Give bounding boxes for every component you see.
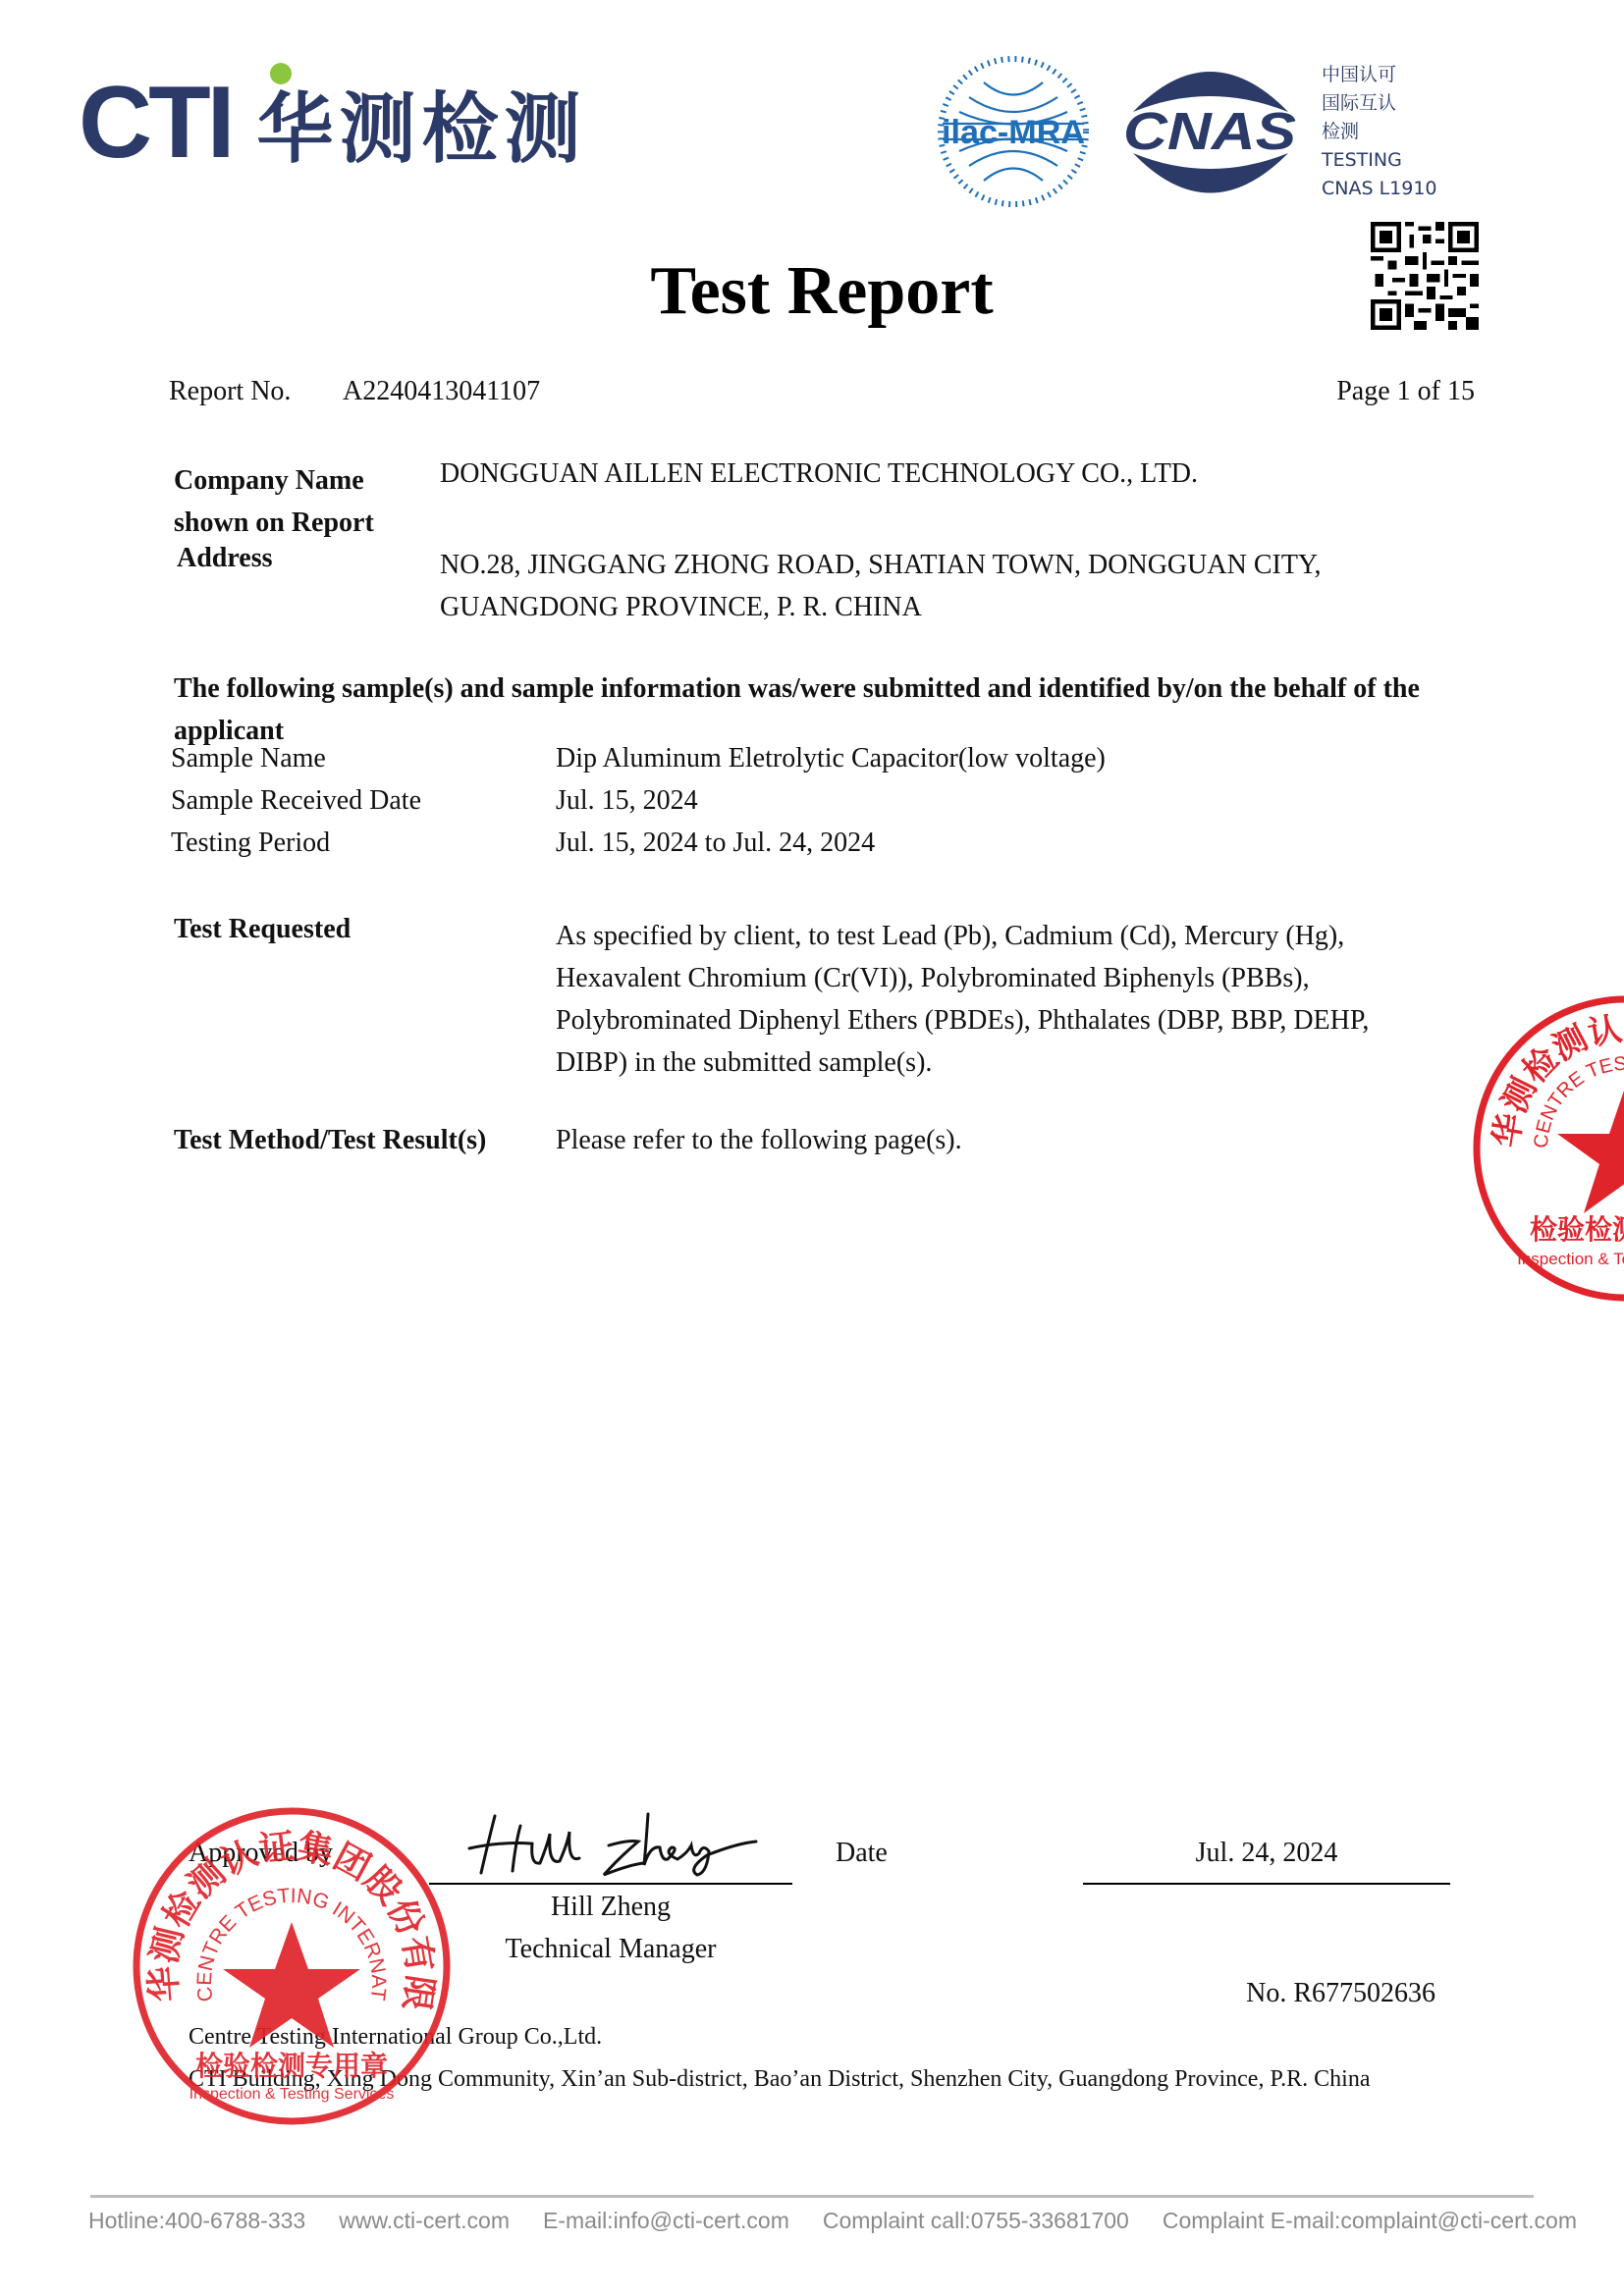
- sample-name-label: Sample Name: [171, 744, 326, 774]
- footer-contacts: Hotline:400-6788-333 www.cti-cert.com E-…: [88, 2208, 1577, 2234]
- address-label: Address: [177, 544, 273, 573]
- company-seal-icon: 华测检测认证集团股份有限公司 CENTRE TESTING INTERNATIO…: [130, 1804, 454, 2128]
- signer-title: Technical Manager: [429, 1935, 792, 1964]
- sample-intro-heading: The following sample(s) and sample infor…: [174, 667, 1450, 752]
- cti-logo: CTI 华测检测: [79, 69, 587, 177]
- test-method-value: Please refer to the following page(s).: [556, 1126, 962, 1155]
- address-line2: GUANGDONG PROVINCE, P. R. CHINA: [440, 586, 1322, 628]
- test-requested-value: As specified by client, to test Lead (Pb…: [556, 915, 1439, 1084]
- test-method-label: Test Method/Test Result(s): [174, 1126, 486, 1155]
- svg-text:ilac-MRA: ilac-MRA: [942, 114, 1085, 151]
- sample-name-value: Dip Aluminum Eletrolytic Capacitor(low v…: [556, 744, 1106, 774]
- official-seal-icon: 华测检测认证集团股份有限公司 CENTRE TESTING INTERNATIO…: [1469, 991, 1624, 1306]
- report-no-value: A2240413041107: [343, 377, 540, 406]
- footer-divider: [90, 2195, 1534, 2198]
- accreditation-line: 国际互认: [1322, 89, 1437, 118]
- test-requested-label: Test Requested: [174, 915, 351, 944]
- accreditation-line: 中国认可: [1322, 61, 1437, 89]
- address-line1: NO.28, JINGGANG ZHONG ROAD, SHATIAN TOWN…: [440, 544, 1322, 586]
- date-label: Date: [836, 1839, 888, 1868]
- footer-complaint-email-link[interactable]: Complaint E-mail:complaint@cti-cert.com: [1163, 2208, 1577, 2234]
- accreditation-line: 检测: [1322, 118, 1437, 146]
- accreditation-line: TESTING: [1322, 146, 1437, 175]
- signature-line: [429, 1883, 792, 1885]
- footer-complaint-call: Complaint call:0755-33681700: [823, 2208, 1129, 2234]
- cti-logo-dot: [270, 63, 292, 84]
- svg-text:Inspection & Testing Services: Inspection & Testing Services: [189, 2086, 395, 2103]
- svg-text:检验检测专用章: 检验检测专用章: [1530, 1213, 1624, 1246]
- report-no-label: Report No.: [169, 377, 291, 406]
- sample-received-date-value: Jul. 15, 2024: [556, 786, 698, 816]
- date-value: Jul. 24, 2024: [1083, 1839, 1450, 1868]
- page-indicator: Page 1 of 15: [1336, 377, 1475, 406]
- cti-logo-chinese: 华测检测: [257, 68, 587, 178]
- cti-logo-letters: CTI: [79, 72, 232, 174]
- date-line: [1083, 1883, 1450, 1885]
- address-value: NO.28, JINGGANG ZHONG ROAD, SHATIAN TOWN…: [440, 544, 1322, 628]
- svg-text:检验检测专用章: 检验检测专用章: [195, 2050, 388, 2082]
- signature-icon: [461, 1804, 776, 1883]
- company-label-line1: Company Name: [174, 459, 374, 502]
- page-title: Test Report: [0, 257, 1624, 326]
- svg-text:CNAS: CNAS: [1123, 102, 1296, 161]
- company-name-value: DONGGUAN AILLEN ELECTRONIC TECHNOLOGY CO…: [440, 459, 1198, 489]
- accreditation-text: 中国认可 国际互认 检测 TESTING CNAS L1910: [1322, 61, 1437, 203]
- sample-received-date-label: Sample Received Date: [171, 786, 421, 816]
- footer-email-link[interactable]: E-mail:info@cti-cert.com: [543, 2208, 789, 2234]
- testing-period-label: Testing Period: [171, 828, 330, 858]
- ilac-mra-logo-icon: ilac-MRA: [935, 53, 1092, 210]
- certificate-number: No. R677502636: [1246, 1979, 1435, 2008]
- footer-hotline: Hotline:400-6788-333: [88, 2208, 305, 2234]
- company-name-label: Company Name shown on Report: [174, 459, 374, 544]
- cnas-logo-icon: CNAS: [1119, 61, 1301, 203]
- company-label-line2: shown on Report: [174, 502, 374, 544]
- signer-name: Hill Zheng: [429, 1893, 792, 1922]
- footer-website-link[interactable]: www.cti-cert.com: [339, 2208, 510, 2234]
- accreditation-line: CNAS L1910: [1322, 175, 1437, 203]
- svg-text:Inspection & Testing Services: Inspection & Testing Services: [1517, 1250, 1624, 1268]
- testing-period-value: Jul. 15, 2024 to Jul. 24, 2024: [556, 828, 875, 858]
